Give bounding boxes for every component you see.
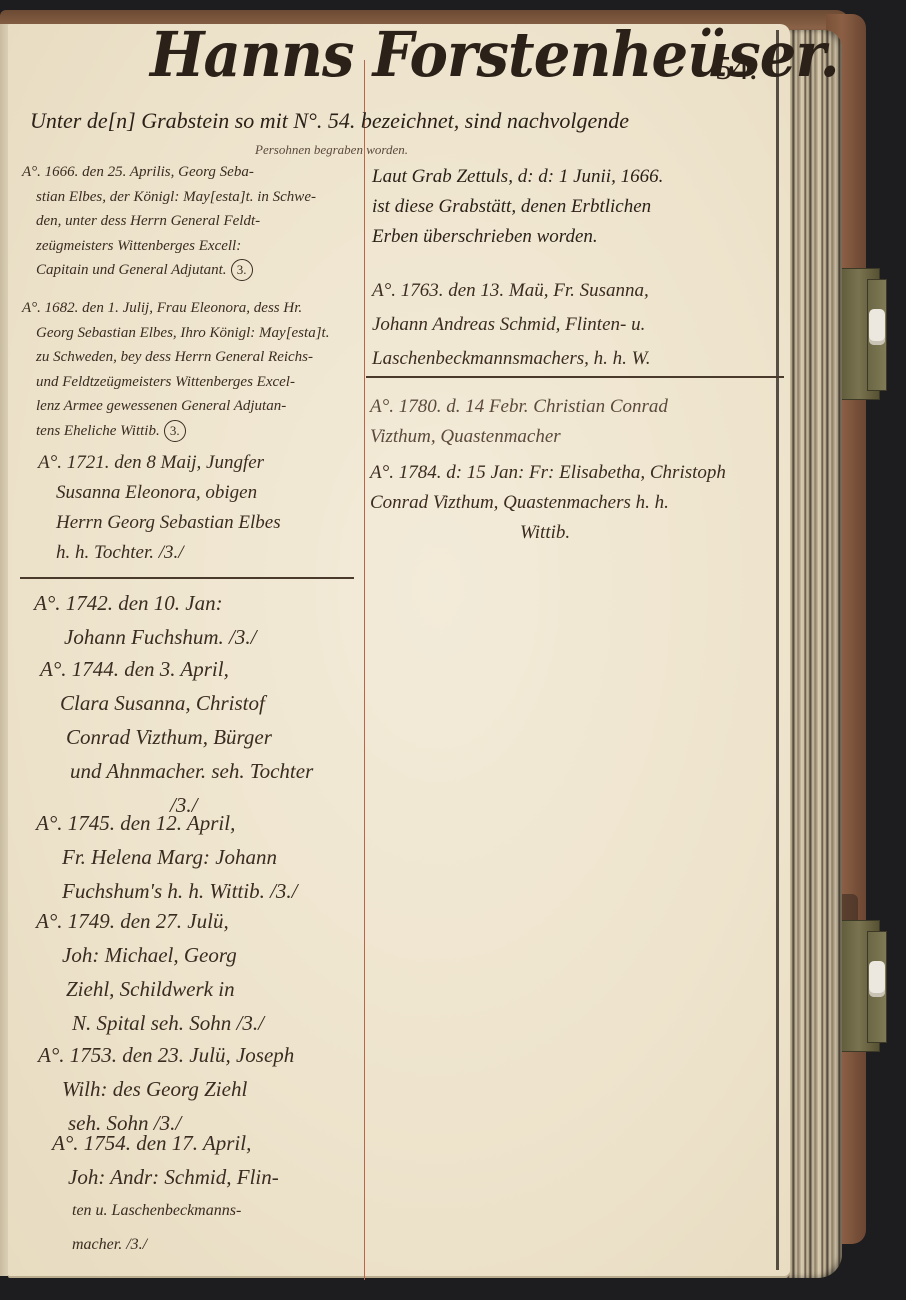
- entry-line: A°. 1754. den 17. April,: [52, 1126, 279, 1160]
- burial-entry-1753: A°. 1753. den 23. Julü, Joseph Wilh: des…: [38, 1038, 294, 1140]
- entry-line: h. h. Tochter. /3./: [38, 538, 281, 568]
- left-column-divider: [20, 577, 354, 579]
- lower-brass-clasp: [838, 920, 880, 1052]
- entry-line: A°. 1744. den 3. April,: [40, 652, 313, 686]
- right-column-divider: [366, 376, 784, 378]
- entry-line: Johann Andreas Schmid, Flinten- u.: [372, 308, 650, 342]
- burial-entry-1682: A°. 1682. den 1. Julij, Frau Eleonora, d…: [22, 296, 329, 443]
- entry-line: A°. 1749. den 27. Julü,: [36, 904, 264, 938]
- entry-line: Clara Susanna, Christof: [40, 686, 313, 720]
- entry-line: Erben überschrieben worden.: [372, 222, 663, 252]
- burial-entry-1784: A°. 1784. d: 15 Jan: Fr: Elisabetha, Chr…: [370, 458, 726, 548]
- entry-line: ten u. Laschenbeckmanns-: [52, 1194, 279, 1228]
- entry-line: A°. 1784. d: 15 Jan: Fr: Elisabetha, Chr…: [370, 458, 726, 488]
- entry-line: Conrad Vizthum, Quastenmachers h. h.: [370, 488, 726, 518]
- entry-line: A°. 1753. den 23. Julü, Joseph: [38, 1038, 294, 1072]
- entry-line: ist diese Grabstätt, denen Erbtlichen: [372, 192, 663, 222]
- entry-line: A°. 1745. den 12. April,: [36, 806, 298, 840]
- entry-line: Fuchshum's h. h. Wittib. /3./: [36, 874, 298, 908]
- entry-line: Ziehl, Schildwerk in: [36, 972, 264, 1006]
- entry-line: lenz Armee gewessenen General Adjutan-: [22, 394, 329, 419]
- entry-line: den, unter dess Herrn General Feldt-: [22, 209, 316, 234]
- entry-line: Fr. Helena Marg: Johann: [36, 840, 298, 874]
- burial-entry-1742: A°. 1742. den 10. Jan: Johann Fuchshum. …: [34, 586, 256, 654]
- red-column-rule: [364, 60, 365, 1280]
- entry-line: Georg Sebastian Elbes, Ihro Königl: May[…: [22, 321, 329, 346]
- burial-entry-1763: A°. 1763. den 13. Maü, Fr. Susanna, Joha…: [372, 274, 650, 376]
- entry-line: Herrn Georg Sebastian Elbes: [38, 508, 281, 538]
- entry-line: Susanna Eleonora, obigen: [38, 478, 281, 508]
- intro-subline: Persohnen begraben worden.: [255, 142, 408, 158]
- entry-line: Vizthum, Quastenmacher: [370, 422, 668, 452]
- entry-line: Laschenbeckmannsmachers, h. h. W.: [372, 342, 650, 376]
- upper-brass-clasp: [838, 268, 880, 400]
- entry-line: A°. 1763. den 13. Maü, Fr. Susanna,: [372, 274, 650, 308]
- entry-line: zeügmeisters Wittenberges Excell:: [22, 234, 316, 259]
- grave-number-badge: 3.: [231, 259, 253, 281]
- clasp-pin: [869, 961, 885, 997]
- entry-line: A°. 1780. d. 14 Febr. Christian Conrad: [370, 392, 668, 422]
- burial-entry-1780: A°. 1780. d. 14 Febr. Christian Conrad V…: [370, 392, 668, 452]
- entry-line: A°. 1742. den 10. Jan:: [34, 586, 256, 620]
- burial-entry-1666: A°. 1666. den 25. Aprilis, Georg Seba- s…: [22, 160, 316, 283]
- burial-entry-1745: A°. 1745. den 12. April, Fr. Helena Marg…: [36, 806, 298, 908]
- entry-line: Joh: Andr: Schmid, Flin-: [52, 1160, 279, 1194]
- burial-entry-1749: A°. 1749. den 27. Julü, Joh: Michael, Ge…: [36, 904, 264, 1040]
- entry-line: Wilh: des Georg Ziehl: [38, 1072, 294, 1106]
- entry-line: A°. 1666. den 25. Aprilis, Georg Seba-: [22, 160, 316, 185]
- entry-line: macher. /3./: [52, 1228, 279, 1262]
- entry-line: Wittib.: [370, 518, 726, 548]
- burial-entry-1721: A°. 1721. den 8 Maij, Jungfer Susanna El…: [38, 448, 281, 568]
- entry-line: und Ahnmacher. seh. Tochter: [40, 754, 313, 788]
- entry-line: tens Eheliche Wittib.: [36, 423, 160, 439]
- entry-line: A°. 1721. den 8 Maij, Jungfer: [38, 448, 281, 478]
- page-block-edges: [784, 30, 842, 1278]
- grave-transfer-note-1666: Laut Grab Zettuls, d: d: 1 Junii, 1666. …: [372, 162, 663, 252]
- intro-line: Unter de[n] Grabstein so mit N°. 54. bez…: [30, 108, 629, 134]
- entry-line: Laut Grab Zettuls, d: d: 1 Junii, 1666.: [372, 162, 663, 192]
- entry-line: A°. 1682. den 1. Julij, Frau Eleonora, d…: [22, 296, 329, 321]
- page-right-border-line: [776, 30, 779, 1270]
- entry-line: Capitain und General Adjutant.: [36, 262, 227, 278]
- clasp-pin: [869, 309, 885, 345]
- entry-line: Joh: Michael, Georg: [36, 938, 264, 972]
- burial-entry-1754: A°. 1754. den 17. April, Joh: Andr: Schm…: [52, 1126, 279, 1262]
- grave-number-badge: 3.: [164, 420, 186, 442]
- entry-line: stian Elbes, der Königl: May[esta]t. in …: [22, 185, 316, 210]
- entry-line: Conrad Vizthum, Bürger: [40, 720, 313, 754]
- page-number: 54.: [715, 50, 758, 88]
- entry-line: zu Schweden, bey dess Herrn General Reic…: [22, 345, 329, 370]
- burial-entry-1744: A°. 1744. den 3. April, Clara Susanna, C…: [40, 652, 313, 822]
- entry-line: und Feldtzeügmeisters Wittenberges Excel…: [22, 370, 329, 395]
- entry-line: Johann Fuchshum. /3./: [34, 620, 256, 654]
- entry-line: N. Spital seh. Sohn /3./: [36, 1006, 264, 1040]
